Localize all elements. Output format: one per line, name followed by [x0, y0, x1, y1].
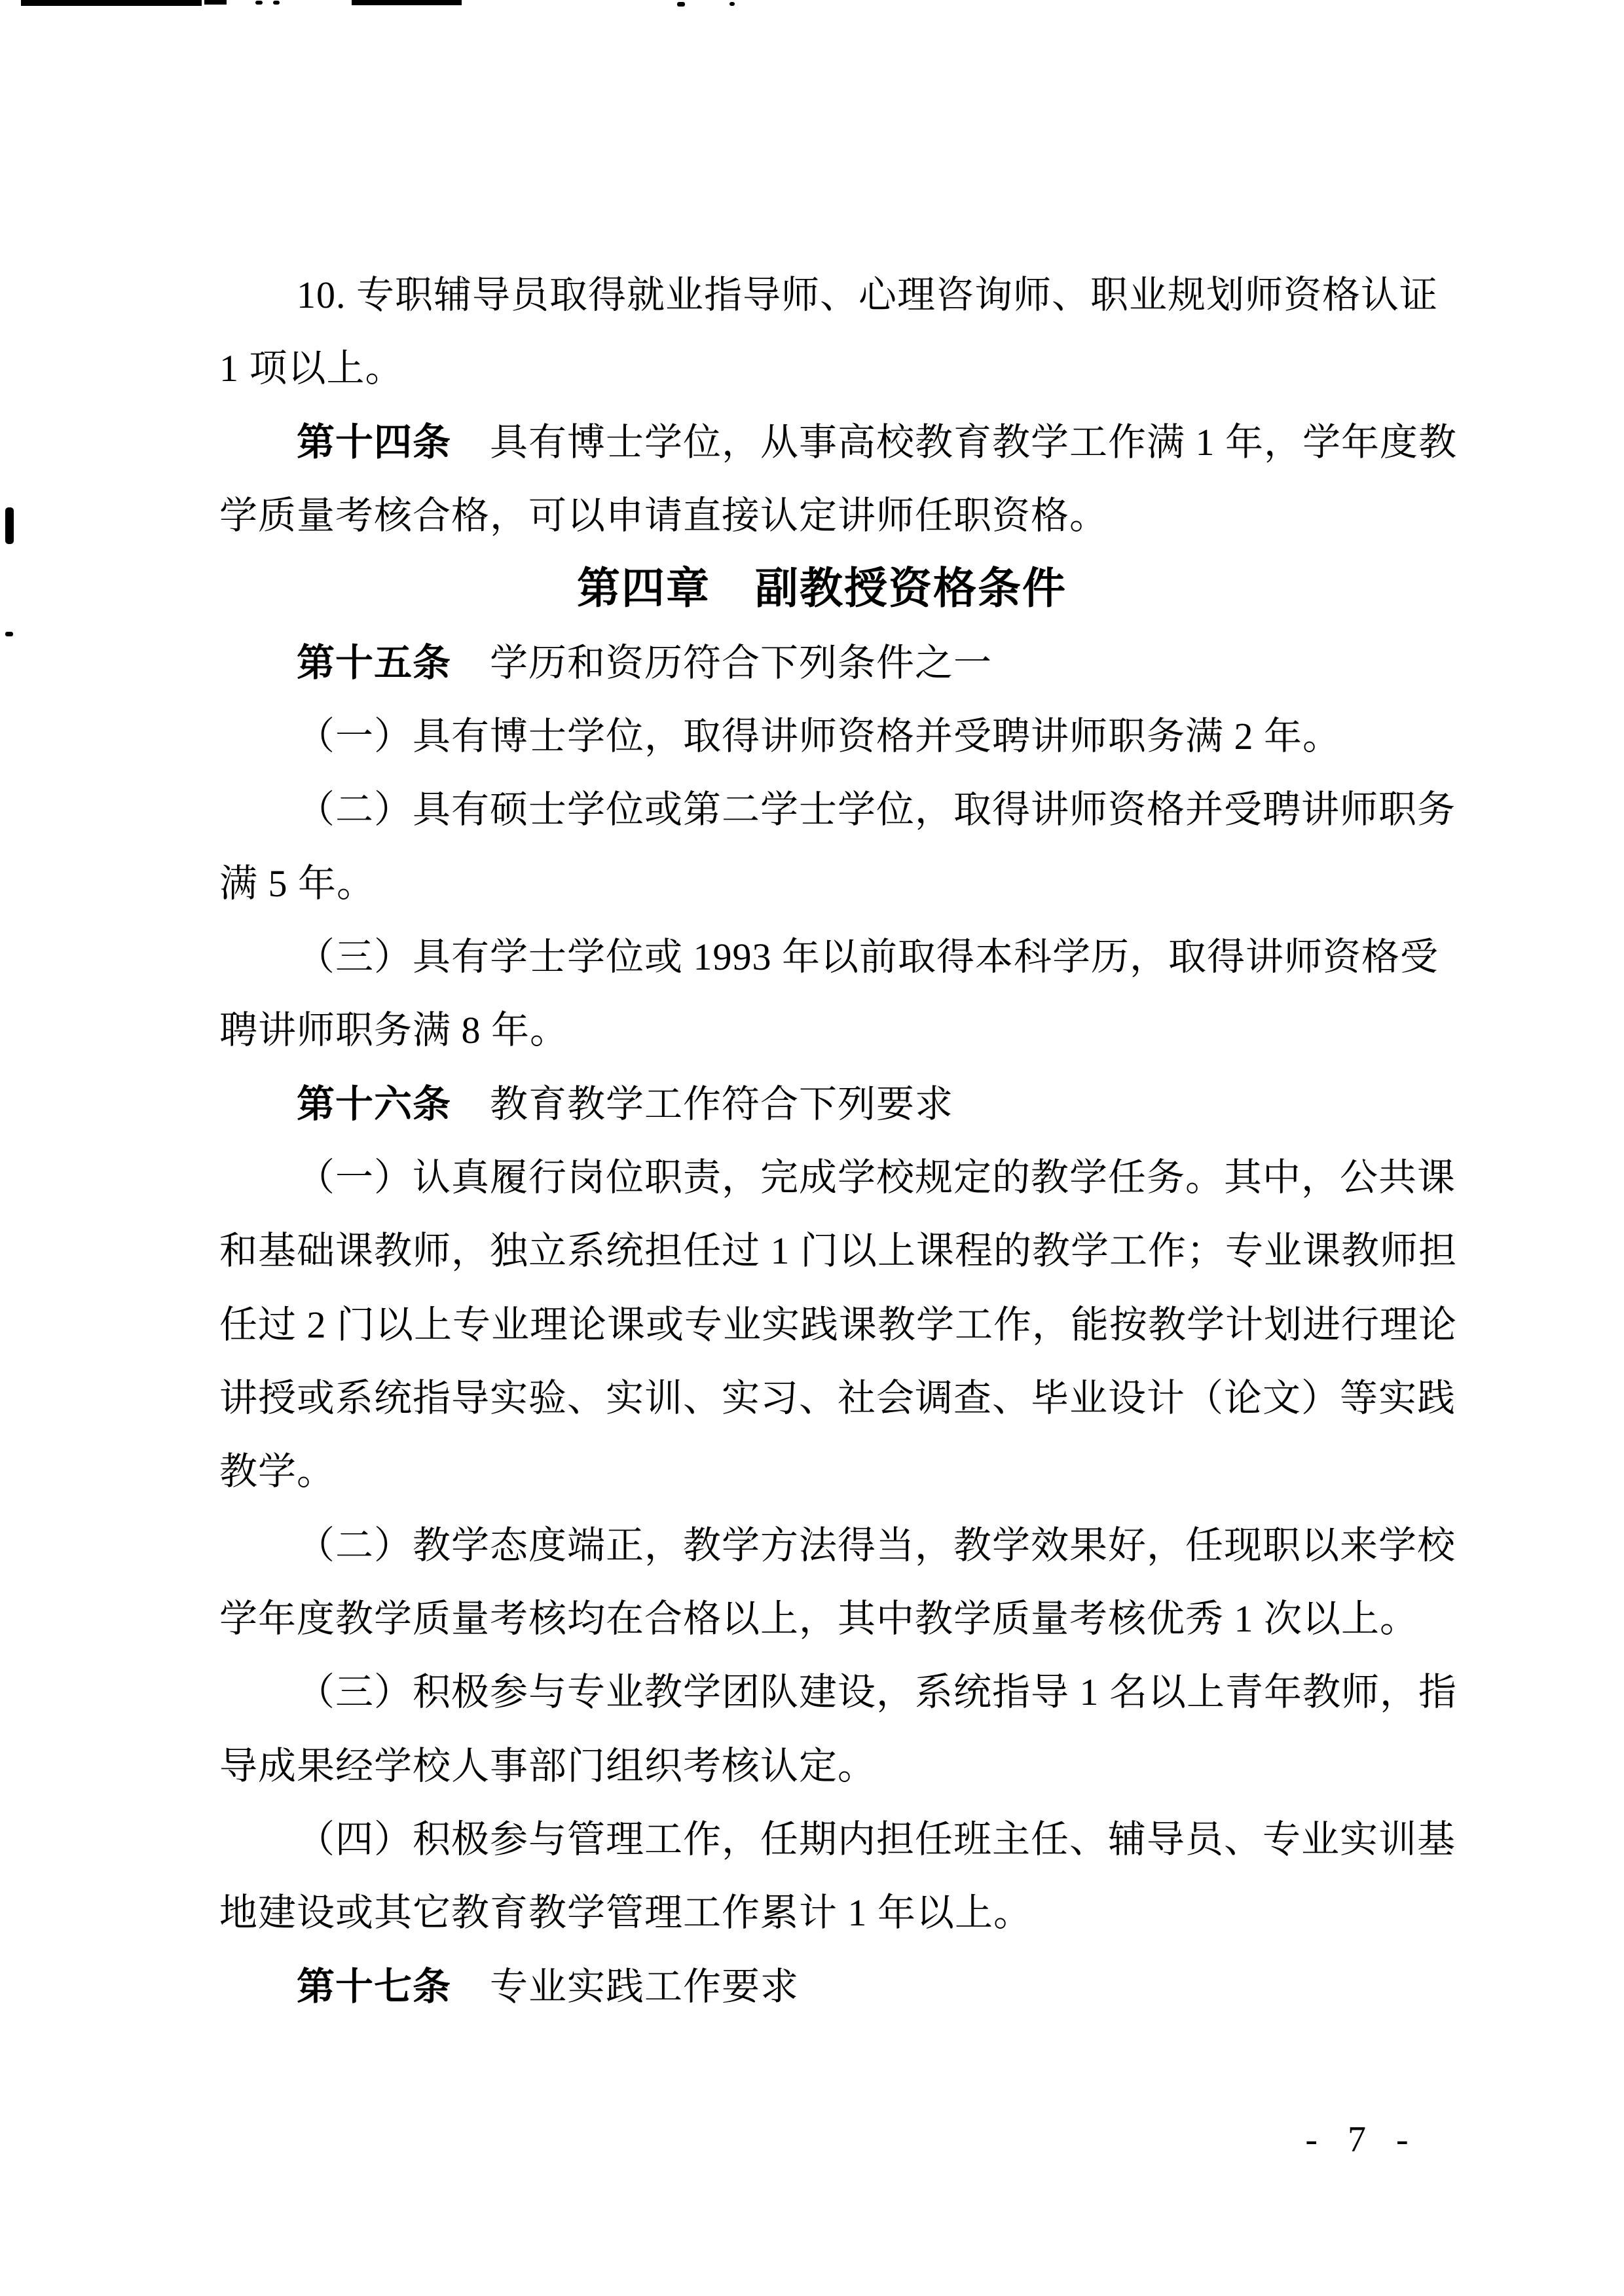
article-number: 第十六条 [297, 1083, 451, 1125]
document-line: 讲授或系统指导实验、实训、实习、社会调查、毕业设计（论文）等实践 [219, 1362, 1424, 1435]
line-text: 教学。 [219, 1450, 335, 1493]
line-text: 教育教学工作符合下列要求 [451, 1083, 953, 1125]
document-line: 导成果经学校人事部门组织考核认定。 [219, 1730, 1424, 1803]
line-text: 10. 专职辅导员取得就业指导师、心理咨询师、职业规划师资格认证 [297, 274, 1438, 316]
scan-artifact [273, 1, 280, 5]
article-number: 第十四条 [297, 421, 451, 464]
line-text: 任过 2 门以上专业理论课或专业实践课教学工作，能按教学计划进行理论 [219, 1303, 1457, 1346]
document-line: （一）认真履行岗位职责，完成学校规定的教学任务。其中，公共课 [219, 1141, 1424, 1214]
line-text: （一）具有博士学位，取得讲师资格并受聘讲师职务满 2 年。 [297, 715, 1341, 757]
document-line: （二）具有硕士学位或第二学士学位，取得讲师资格并受聘讲师职务 [219, 773, 1424, 847]
line-text: 和基础课教师，独立系统担任过 1 门以上课程的教学工作；专业课教师担 [219, 1230, 1457, 1272]
scan-artifact [255, 1, 263, 5]
scan-artifact [21, 0, 202, 6]
document-line: 第十七条 专业实践工作要求 [219, 1950, 1424, 2024]
document-line: 第十四条 具有博士学位，从事高校教育教学工作满 1 年，学年度教 [219, 406, 1424, 479]
document-line: 学年度教学质量考核均在合格以上，其中教学质量考核优秀 1 次以上。 [219, 1582, 1424, 1656]
line-text: 导成果经学校人事部门组织考核认定。 [219, 1745, 876, 1787]
document-line: （四）积极参与管理工作，任期内担任班主任、辅导员、专业实训基 [219, 1803, 1424, 1876]
document-line: 1 项以上。 [219, 332, 1424, 405]
scan-artifact [352, 0, 462, 5]
scan-artifact [204, 0, 227, 5]
document-line: 第十六条 教育教学工作符合下列要求 [219, 1068, 1424, 1141]
line-text: 地建设或其它教育教学管理工作累计 1 年以上。 [219, 1891, 1032, 1934]
document-line: （三）具有学士学位或 1993 年以前取得本科学历，取得讲师资格受 [219, 920, 1424, 994]
document-page: 10. 专职辅导员取得就业指导师、心理咨询师、职业规划师资格认证 1 项以上。 … [0, 0, 1624, 2296]
line-text: 学质量考核合格，可以申请直接认定讲师任职资格。 [219, 494, 1108, 537]
document-line: 地建设或其它教育教学管理工作累计 1 年以上。 [219, 1876, 1424, 1950]
document-line: （三）积极参与专业教学团队建设，系统指导 1 名以上青年教师，指 [219, 1656, 1424, 1729]
page-number: - 7 - [1270, 2116, 1454, 2163]
line-text: （一）认真履行岗位职责，完成学校规定的教学任务。其中，公共课 [297, 1156, 1456, 1199]
line-text: 满 5 年。 [219, 862, 375, 905]
document-line: 聘讲师职务满 8 年。 [219, 994, 1424, 1067]
document-line: （二）教学态度端正，教学方法得当，教学效果好，任现职以来学校 [219, 1509, 1424, 1582]
line-text: （三）具有学士学位或 1993 年以前取得本科学历，取得讲师资格受 [297, 936, 1439, 978]
article-number: 第十七条 [297, 1965, 451, 2008]
scan-artifact [729, 2, 735, 6]
scan-artifact [677, 2, 685, 7]
line-text: 讲授或系统指导实验、实训、实习、社会调查、毕业设计（论文）等实践 [219, 1377, 1456, 1419]
article-number: 第十五条 [297, 642, 451, 684]
line-text: 学年度教学质量考核均在合格以上，其中教学质量考核优秀 1 次以上。 [219, 1597, 1418, 1640]
document-line: 任过 2 门以上专业理论课或专业实践课教学工作，能按教学计划进行理论 [219, 1288, 1424, 1362]
document-line: （一）具有博士学位，取得讲师资格并受聘讲师职务满 2 年。 [219, 700, 1424, 773]
line-text: 专业实践工作要求 [451, 1965, 799, 2008]
line-text: （三）积极参与专业教学团队建设，系统指导 1 名以上青年教师，指 [297, 1671, 1457, 1713]
document-line: 学质量考核合格，可以申请直接认定讲师任职资格。 [219, 479, 1424, 553]
document-line: 教学。 [219, 1435, 1424, 1508]
line-text: 1 项以上。 [219, 347, 404, 390]
line-text: 具有博士学位，从事高校教育教学工作满 1 年，学年度教 [451, 421, 1457, 464]
line-text: （二）具有硕士学位或第二学士学位，取得讲师资格并受聘讲师职务 [297, 788, 1456, 831]
scan-artifact [5, 507, 14, 544]
document-line: 和基础课教师，独立系统担任过 1 门以上课程的教学工作；专业课教师担 [219, 1214, 1424, 1288]
line-text: 学历和资历符合下列条件之一 [451, 642, 992, 684]
line-text: 聘讲师职务满 8 年。 [219, 1009, 568, 1051]
scan-artifact [5, 632, 13, 636]
line-text: （四）积极参与管理工作，任期内担任班主任、辅导员、专业实训基 [297, 1818, 1456, 1861]
document-line: 满 5 年。 [219, 847, 1424, 920]
document-line: 第十五条 学历和资历符合下列条件之一 [219, 627, 1424, 700]
document-line: 10. 专职辅导员取得就业指导师、心理咨询师、职业规划师资格认证 [219, 259, 1424, 332]
line-text: （二）教学态度端正，教学方法得当，教学效果好，任现职以来学校 [297, 1524, 1456, 1567]
chapter-heading: 第四章 副教授资格条件 [219, 553, 1424, 626]
